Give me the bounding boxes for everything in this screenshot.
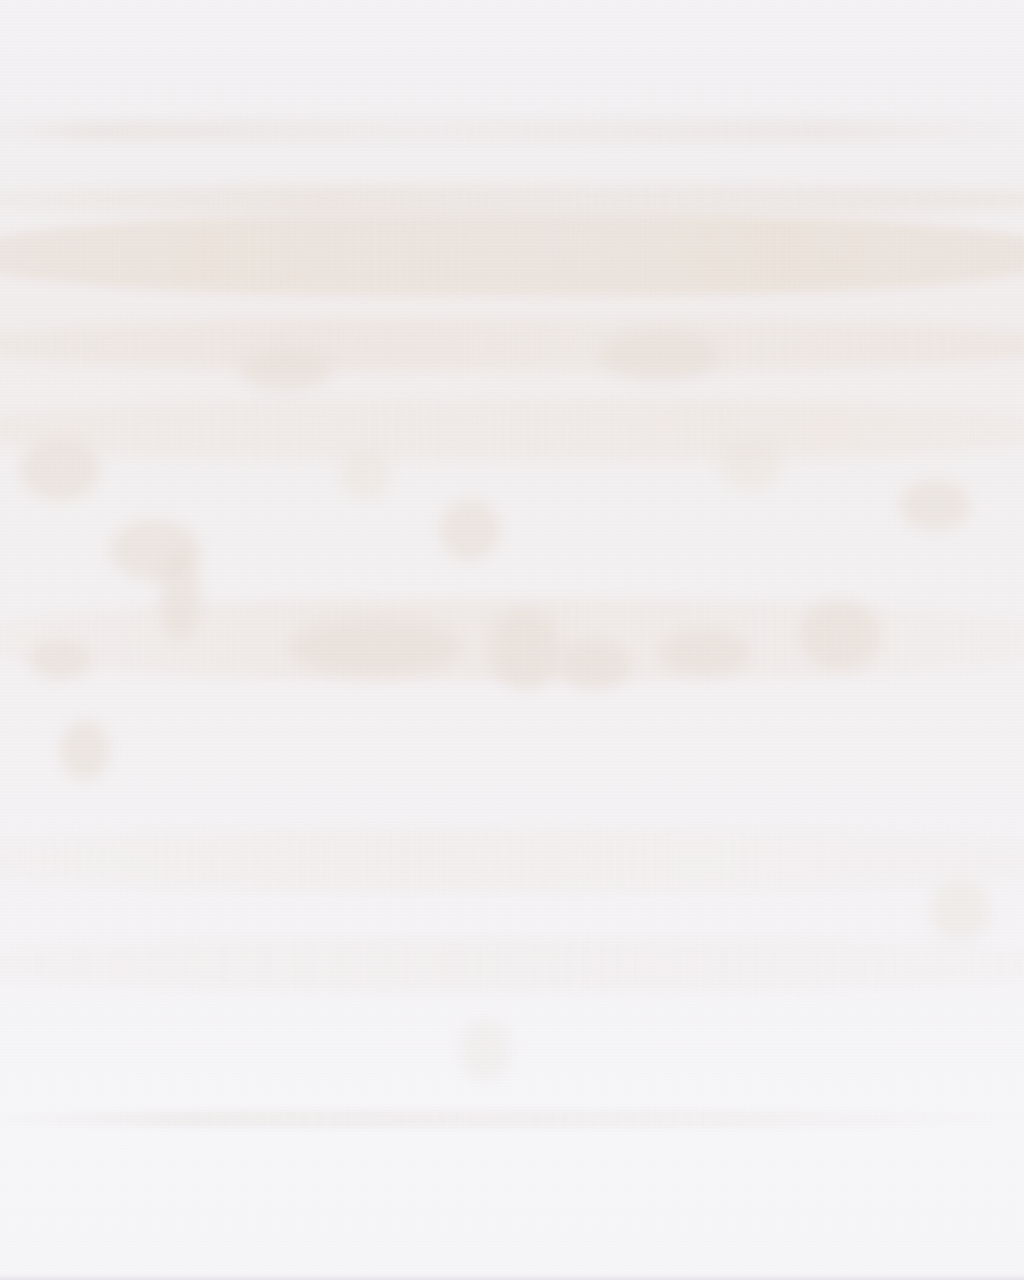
streak-band — [0, 215, 1024, 295]
beige-blotch — [900, 480, 970, 530]
beige-blotch — [20, 440, 100, 500]
beige-blotch — [240, 350, 330, 390]
streak-band — [0, 320, 1024, 370]
beige-blotch — [290, 620, 460, 675]
streak-band — [0, 1110, 1024, 1128]
textured-surface-photo — [0, 0, 1024, 1280]
beige-blotch — [720, 440, 780, 490]
beige-blotch — [30, 640, 90, 680]
beige-blotch — [440, 500, 500, 560]
beige-blotch — [160, 550, 200, 640]
beige-blotch — [800, 600, 880, 670]
beige-blotch — [600, 330, 720, 380]
beige-blotch — [490, 610, 560, 690]
streak-band — [0, 400, 1024, 460]
beige-blotch — [560, 640, 630, 690]
streak-band — [0, 185, 1024, 215]
beige-blotch — [660, 630, 750, 675]
streak-band — [0, 830, 1024, 890]
beige-blotch — [60, 720, 110, 780]
beige-blotch — [460, 1020, 510, 1080]
streak-band — [0, 940, 1024, 990]
bottom-edge-shade — [0, 1274, 1024, 1280]
beige-blotch — [930, 880, 990, 940]
beige-blotch — [340, 450, 390, 500]
streak-band — [0, 120, 1024, 142]
